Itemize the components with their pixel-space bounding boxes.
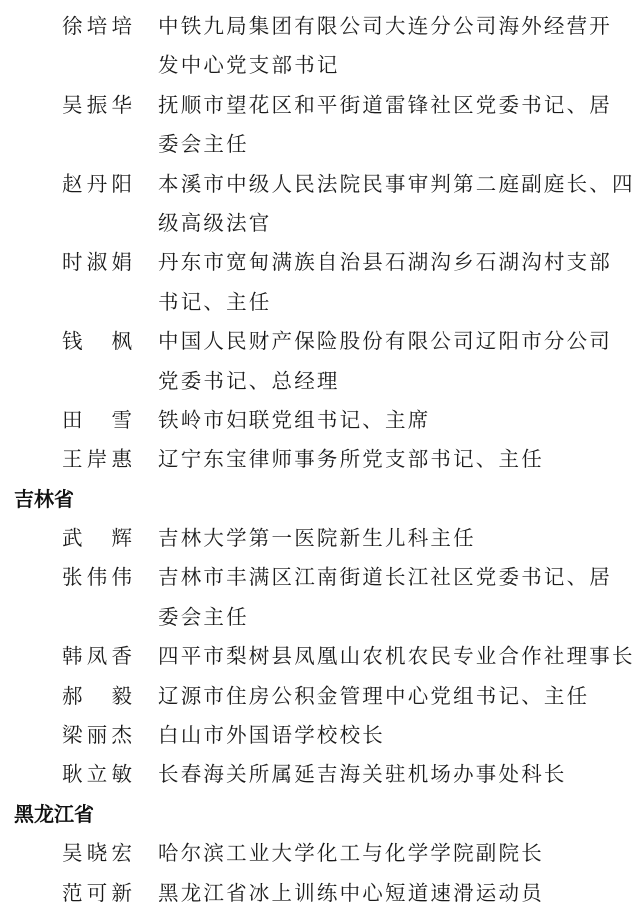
name-char: 凤 — [87, 637, 108, 676]
province-heading: 吉林省 — [0, 480, 640, 519]
name-char: 枫 — [112, 322, 133, 361]
position-description: 辽源市住房公积金管理中心党组书记、主任 — [158, 677, 589, 716]
name-char: 伟 — [87, 558, 108, 597]
list-item: 吴晓宏哈尔滨工业大学化工与化学学院副院长 — [0, 834, 640, 873]
name-char: 惠 — [112, 440, 133, 479]
position-description: 级高级法官 — [158, 204, 272, 243]
position-description: 抚顺市望花区和平街道雷锋社区党委书记、居 — [158, 86, 612, 125]
position-description: 委会主任 — [158, 125, 249, 164]
position-description: 中铁九局集团有限公司大连分公司海外经营开 — [158, 7, 612, 46]
person-name: 吴振华 — [62, 86, 132, 125]
position-description: 吉林市丰满区江南街道长江社区党委书记、居 — [158, 558, 612, 597]
person-name: 时淑娟 — [62, 243, 132, 282]
person-name: 赵丹阳 — [62, 165, 132, 204]
name-char: 辉 — [112, 519, 133, 558]
name-char: 钱 — [62, 322, 83, 361]
name-char: 新 — [112, 874, 133, 912]
position-description: 四平市梨树县凤凰山农机农民专业合作社理事长 — [158, 637, 635, 676]
position-description: 白山市外国语学校校长 — [158, 716, 385, 755]
person-name: 武辉 — [62, 519, 132, 558]
name-char: 娟 — [112, 243, 133, 282]
list-item: 徐培培中铁九局集团有限公司大连分公司海外经营开 — [0, 7, 640, 46]
list-item: 党委书记、总经理 — [0, 362, 640, 401]
name-char: 耿 — [62, 755, 83, 794]
position-description: 哈尔滨工业大学化工与化学学院副院长 — [158, 834, 544, 873]
list-item: 吴振华抚顺市望花区和平街道雷锋社区党委书记、居 — [0, 86, 640, 125]
name-char: 淑 — [87, 243, 108, 282]
list-item: 委会主任 — [0, 598, 640, 637]
province-heading: 黑龙江省 — [0, 795, 640, 834]
position-description: 委会主任 — [158, 598, 249, 637]
person-name: 韩凤香 — [62, 637, 132, 676]
person-name: 田雪 — [62, 401, 132, 440]
position-description: 铁岭市妇联党组书记、主席 — [158, 401, 430, 440]
name-char: 丹 — [87, 165, 108, 204]
name-char: 张 — [62, 558, 83, 597]
person-name: 钱枫 — [62, 322, 132, 361]
list-item: 范可新黑龙江省冰上训练中心短道速滑运动员 — [0, 874, 640, 912]
name-char: 杰 — [112, 716, 133, 755]
position-description: 发中心党支部书记 — [158, 46, 340, 85]
list-item: 发中心党支部书记 — [0, 46, 640, 85]
position-description: 黑龙江省冰上训练中心短道速滑运动员 — [158, 874, 544, 912]
person-name: 徐培培 — [62, 7, 132, 46]
name-char: 晓 — [87, 834, 108, 873]
name-char: 徐 — [62, 7, 83, 46]
person-name: 吴晓宏 — [62, 834, 132, 873]
position-description: 中国人民财产保险股份有限公司辽阳市分公司 — [158, 322, 612, 361]
position-description: 书记、主任 — [158, 283, 272, 322]
name-char: 时 — [62, 243, 83, 282]
list-item: 梁丽杰白山市外国语学校校长 — [0, 716, 640, 755]
name-char: 阳 — [112, 165, 133, 204]
person-name: 梁丽杰 — [62, 716, 132, 755]
name-char: 毅 — [112, 677, 133, 716]
list-item: 张伟伟吉林市丰满区江南街道长江社区党委书记、居 — [0, 558, 640, 597]
name-char: 吴 — [62, 834, 83, 873]
list-item: 书记、主任 — [0, 283, 640, 322]
name-char: 培 — [87, 7, 108, 46]
name-char: 培 — [112, 7, 133, 46]
position-description: 长春海关所属延吉海关驻机场办事处科长 — [158, 755, 567, 794]
list-item: 级高级法官 — [0, 204, 640, 243]
list-item: 王岸惠辽宁东宝律师事务所党支部书记、主任 — [0, 440, 640, 479]
position-description: 吉林大学第一医院新生儿科主任 — [158, 519, 476, 558]
list-item: 田雪铁岭市妇联党组书记、主席 — [0, 401, 640, 440]
list-item: 武辉吉林大学第一医院新生儿科主任 — [0, 519, 640, 558]
name-char: 香 — [112, 637, 133, 676]
name-char: 敏 — [112, 755, 133, 794]
name-char: 雪 — [112, 401, 133, 440]
document-page: 徐培培中铁九局集团有限公司大连分公司海外经营开发中心党支部书记吴振华抚顺市望花区… — [0, 0, 640, 912]
name-char: 华 — [112, 86, 133, 125]
name-char: 赵 — [62, 165, 83, 204]
name-char: 武 — [62, 519, 83, 558]
person-name: 郝毅 — [62, 677, 132, 716]
list-item: 赵丹阳本溪市中级人民法院民事审判第二庭副庭长、四 — [0, 165, 640, 204]
name-char: 岸 — [87, 440, 108, 479]
name-char: 梁 — [62, 716, 83, 755]
person-name: 耿立敏 — [62, 755, 132, 794]
person-name: 张伟伟 — [62, 558, 132, 597]
name-char: 宏 — [112, 834, 133, 873]
name-char: 立 — [87, 755, 108, 794]
name-char: 田 — [62, 401, 83, 440]
name-char: 范 — [62, 874, 83, 912]
name-char: 可 — [87, 874, 108, 912]
list-item: 韩凤香四平市梨树县凤凰山农机农民专业合作社理事长 — [0, 637, 640, 676]
list-item: 耿立敏长春海关所属延吉海关驻机场办事处科长 — [0, 755, 640, 794]
position-description: 辽宁东宝律师事务所党支部书记、主任 — [158, 440, 544, 479]
name-char: 丽 — [87, 716, 108, 755]
position-description: 丹东市宽甸满族自治县石湖沟乡石湖沟村支部 — [158, 243, 612, 282]
list-item: 钱枫中国人民财产保险股份有限公司辽阳市分公司 — [0, 322, 640, 361]
person-name: 王岸惠 — [62, 440, 132, 479]
name-char: 王 — [62, 440, 83, 479]
person-name: 范可新 — [62, 874, 132, 912]
name-char: 郝 — [62, 677, 83, 716]
name-char: 吴 — [62, 86, 83, 125]
list-item: 时淑娟丹东市宽甸满族自治县石湖沟乡石湖沟村支部 — [0, 243, 640, 282]
position-description: 本溪市中级人民法院民事审判第二庭副庭长、四 — [158, 165, 635, 204]
position-description: 党委书记、总经理 — [158, 362, 340, 401]
list-item: 委会主任 — [0, 125, 640, 164]
name-char: 振 — [87, 86, 108, 125]
list-item: 郝毅辽源市住房公积金管理中心党组书记、主任 — [0, 677, 640, 716]
name-char: 韩 — [62, 637, 83, 676]
name-char: 伟 — [112, 558, 133, 597]
